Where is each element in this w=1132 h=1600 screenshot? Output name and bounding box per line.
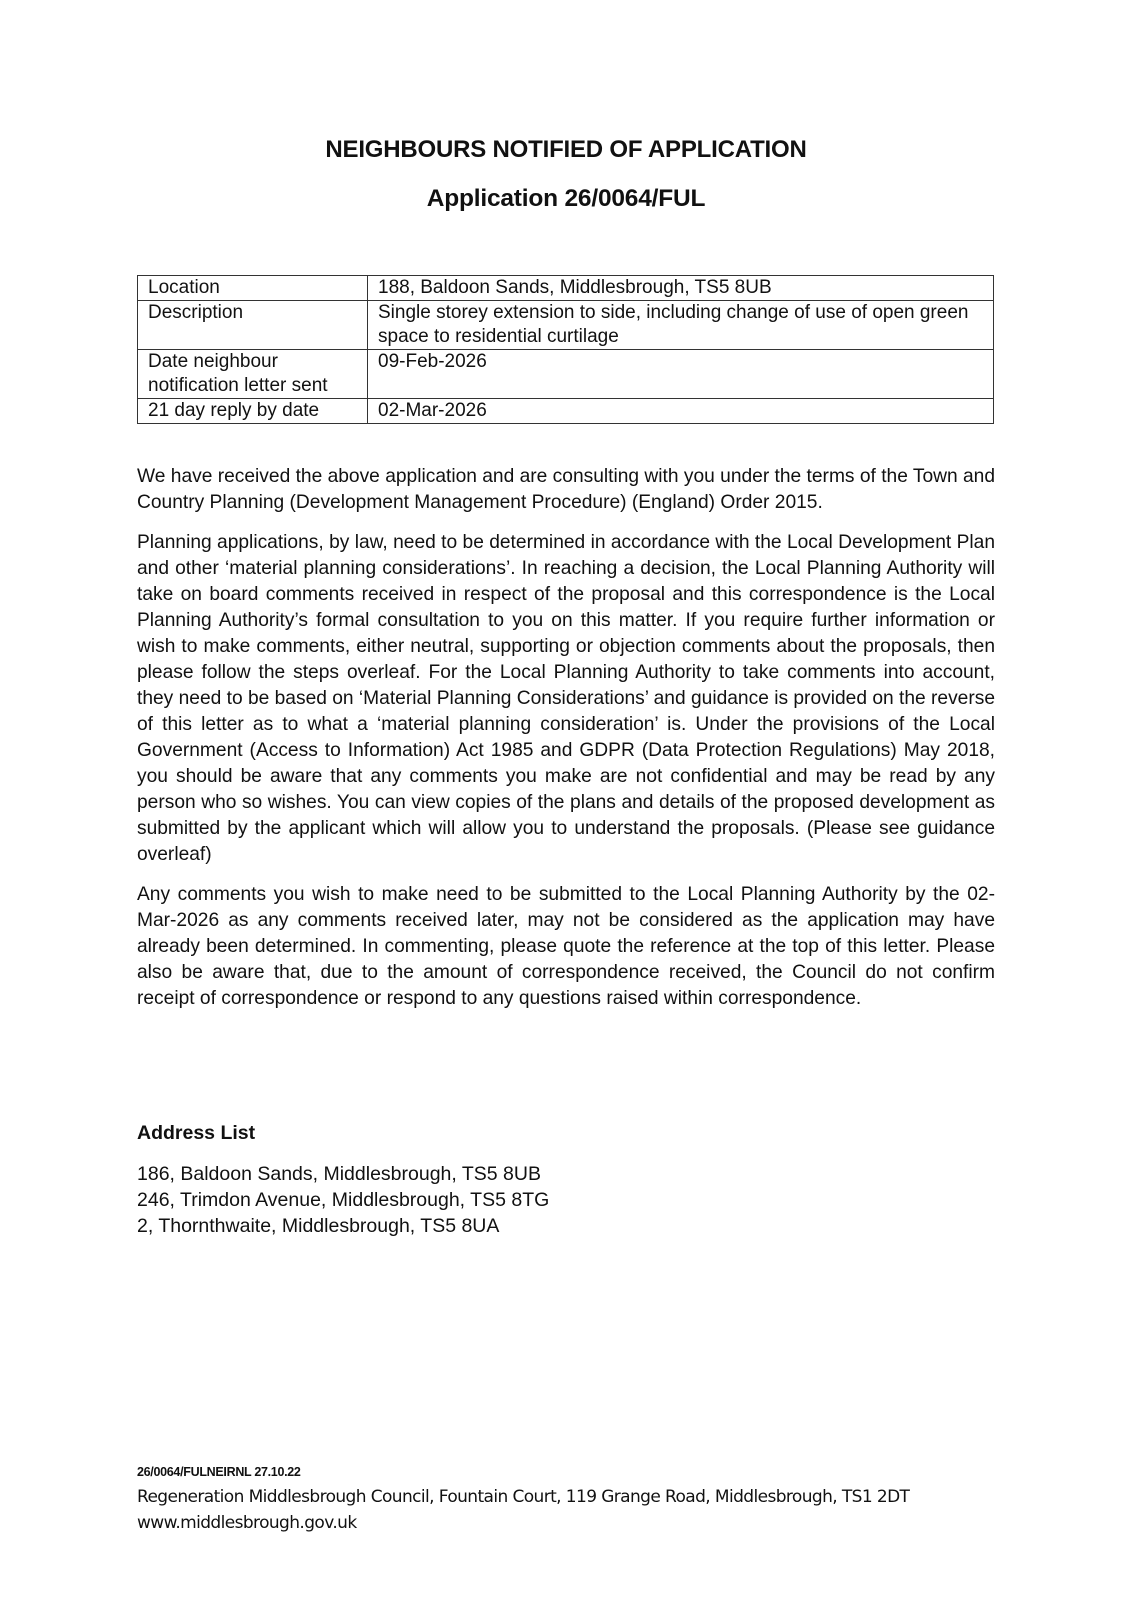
address-list-item: 2, Thornthwaite, Middlesbrough, TS5 8UA <box>137 1213 937 1239</box>
details-label: Date neighbour notification letter sent <box>138 350 368 399</box>
details-row-description: Description Single storey extension to s… <box>138 301 994 350</box>
details-value: 09-Feb-2026 <box>368 350 994 399</box>
footer-website-link[interactable]: www.middlesbrough.gov.uk <box>137 1510 997 1536</box>
details-row-reply-by-date: 21 day reply by date 02-Mar-2026 <box>138 399 994 424</box>
body-paragraph-consultation: We have received the above application a… <box>137 464 995 516</box>
address-list-item: 246, Trimdon Avenue, Middlesbrough, TS5 … <box>137 1187 937 1213</box>
document-title: NEIGHBOURS NOTIFIED OF APPLICATION <box>0 136 1132 164</box>
details-label: 21 day reply by date <box>138 399 368 424</box>
details-label: Location <box>138 276 368 301</box>
details-value: 188, Baldoon Sands, Middlesbrough, TS5 8… <box>368 276 994 301</box>
details-label: Description <box>138 301 368 350</box>
address-list-section: Address List 186, Baldoon Sands, Middles… <box>137 1121 937 1239</box>
body-paragraph-comment-deadline: Any comments you wish to make need to be… <box>137 882 995 1012</box>
page-footer: 26/0064/FULNEIRNL 27.10.22 Regeneration … <box>137 1464 997 1536</box>
address-list-heading: Address List <box>137 1121 937 1145</box>
application-reference-heading: Application 26/0064/FUL <box>0 185 1132 213</box>
body-paragraph-planning-considerations: Planning applications, by law, need to b… <box>137 530 995 868</box>
footer-council-address: Regeneration Middlesbrough Council, Foun… <box>137 1484 997 1510</box>
details-row-notification-date: Date neighbour notification letter sent … <box>138 350 994 399</box>
application-details-table: Location 188, Baldoon Sands, Middlesbrou… <box>137 275 994 424</box>
details-value: 02-Mar-2026 <box>368 399 994 424</box>
address-list: 186, Baldoon Sands, Middlesbrough, TS5 8… <box>137 1161 937 1239</box>
address-list-item: 186, Baldoon Sands, Middlesbrough, TS5 8… <box>137 1161 937 1187</box>
details-row-location: Location 188, Baldoon Sands, Middlesbrou… <box>138 276 994 301</box>
letter-body: We have received the above application a… <box>137 464 995 1026</box>
details-value: Single storey extension to side, includi… <box>368 301 994 350</box>
footer-reference: 26/0064/FULNEIRNL 27.10.22 <box>137 1464 997 1480</box>
